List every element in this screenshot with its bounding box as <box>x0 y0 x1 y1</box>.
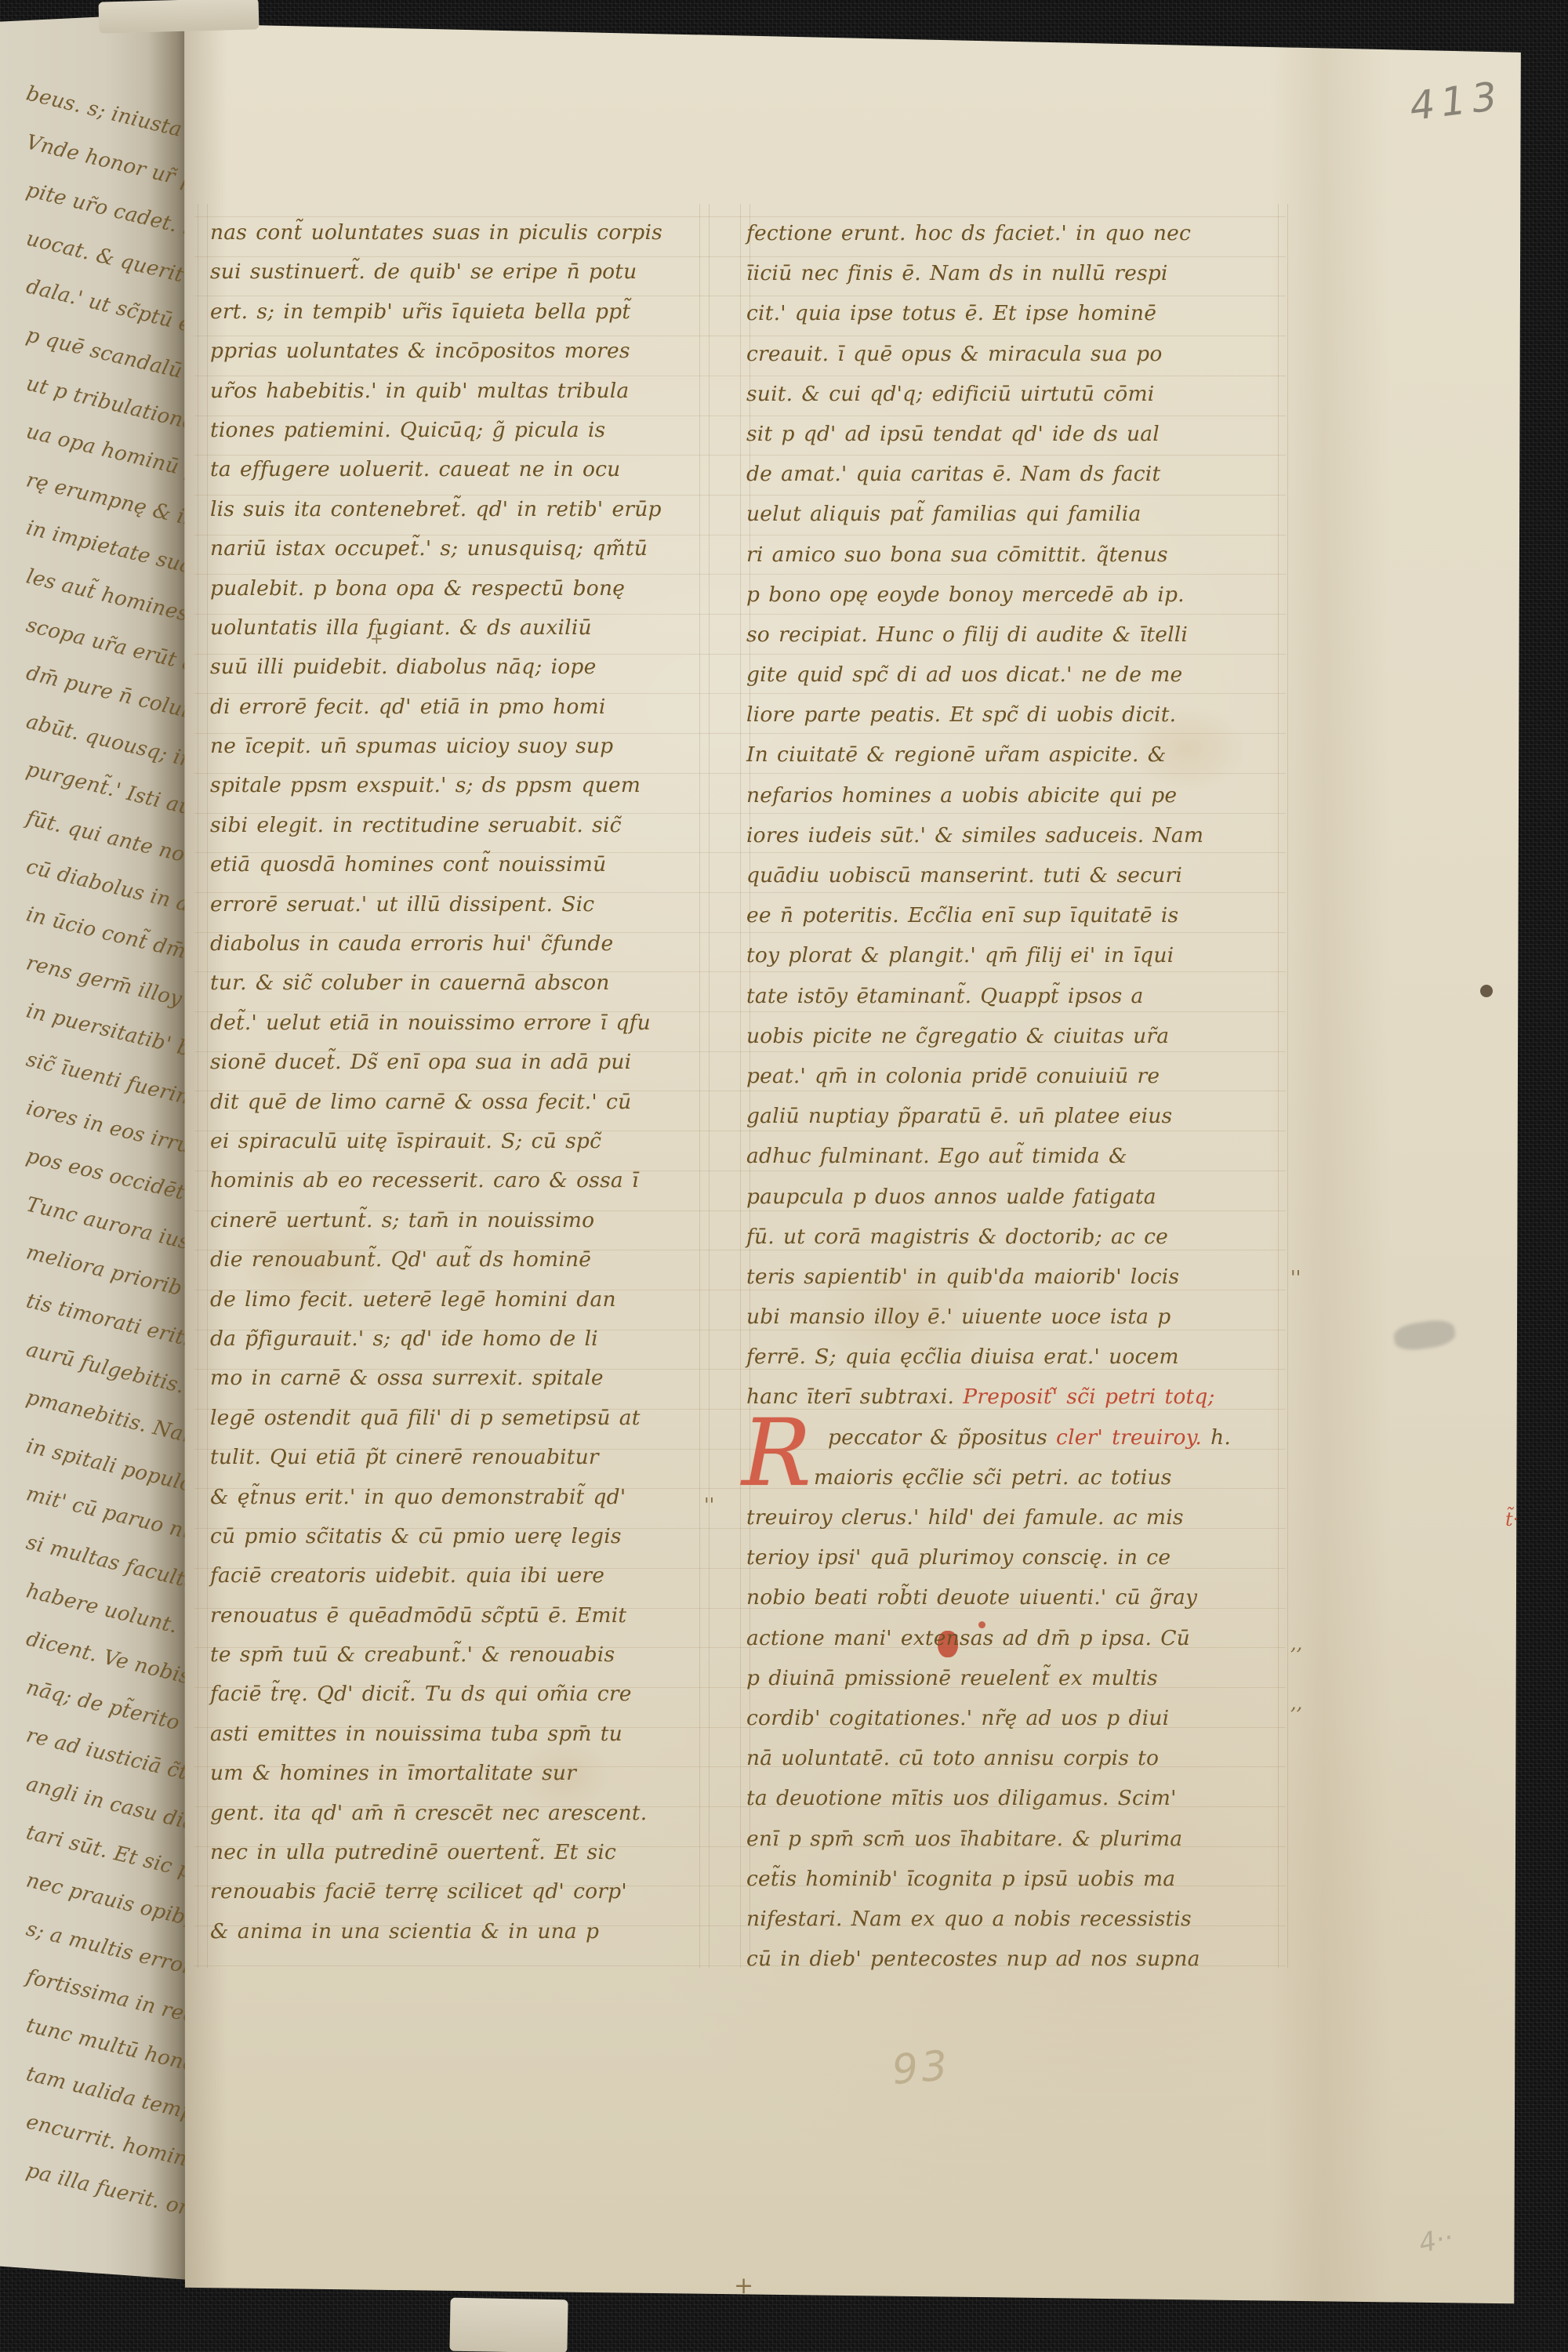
text-line: treuiroy clerus.' hild' dei famule. ac m… <box>746 1497 1295 1537</box>
ink-text: da p̃figurauit.' s; qd' ide homo de li <box>210 1327 598 1351</box>
binding-tab-top <box>99 0 260 34</box>
ink-text: tur. & sic̃ coluber in cauernā abscon <box>210 971 610 995</box>
text-line: gite quid spc̃ di ad uos dicat.' ne de m… <box>746 655 1295 695</box>
red-margin-mark: t̃· <box>1505 1508 1519 1530</box>
text-line: pprias uoluntates & incōpositos mores <box>210 332 718 371</box>
text-line: cū pmio sc̃itatis & cū pmio uerę legis <box>210 1517 718 1556</box>
text-line: renouabis faciē terrę scilicet qd' corp' <box>210 1872 718 1911</box>
ink-text: det̃.' uelut etiā in nouissimo errore ī … <box>210 1011 651 1035</box>
ink-text: h. <box>1202 1425 1231 1450</box>
text-line: creauit. ī quē opus & miracula sua po <box>746 334 1295 374</box>
text-line: etiā quosdā homines cont̃ nouissimū <box>210 845 718 884</box>
text-line: di errorē fecit. qd' etiā in pmo homi <box>210 688 718 727</box>
text-line: faciē creatoris uidebit. quia ibi uere <box>210 1556 718 1595</box>
ruling-line-vertical <box>198 204 198 1968</box>
text-line: nifestari. Nam ex quo a nobis recessisti… <box>746 1899 1295 1939</box>
text-line: tate istōy ētaminant̃. Quappt̃ ipsos a <box>746 976 1295 1016</box>
ink-text: creauit. ī quē opus & miracula sua po <box>746 342 1162 366</box>
text-line: nariū istax occupet̃.' s; unusquisq; qm̃… <box>210 529 718 568</box>
text-line: mo in carnē & ossa surrexit. spitale <box>210 1359 718 1398</box>
manuscript-photo: beus. s; iniusta opa abs̃Vnde honor ur̃ … <box>0 0 1568 2352</box>
text-line: In ciuitatē & regionē ur̃am aspicite. & <box>746 735 1295 775</box>
ink-text: te spm̄ tuū & creabunt̃.' & renouabis <box>210 1642 615 1667</box>
text-line: cet̃is hominib' īcognita p ipsū uobis ma <box>746 1859 1295 1899</box>
text-line: īiciū nec finis ē. Nam ds in nullū respi <box>746 253 1295 293</box>
text-line: sit p qd' ad ipsū tendat qd' ide ds ual <box>746 414 1295 454</box>
text-line: diabolus in cauda erroris hui' c̃funde <box>210 924 718 964</box>
text-line: uobis picite ne c̃gregatio & ciuitas ur̃… <box>746 1016 1295 1056</box>
text-line: nas cont̃ uoluntates suas in piculis cor… <box>210 213 718 252</box>
text-line: sui sustinuert̃. de quib' se eripe n̄ po… <box>210 252 718 292</box>
ink-text: enī p spm̄ scm̄ uos īhabitare. & plurima <box>746 1827 1182 1851</box>
text-line: ta deuotione mītis uos diligamus. Scim' <box>746 1778 1295 1818</box>
text-line: ur̃os habebitis.' in quib' multas tribul… <box>210 372 718 411</box>
ink-text: peat.' qm̄ in colonia pridē conuiuiū re <box>746 1064 1160 1088</box>
text-line: p bono opę eoyde bonoy mercedē ab ip. <box>746 575 1295 615</box>
ink-text: spitale ppsm exspuit.' s; ds ppsm quem <box>210 773 641 797</box>
text-line: ee n̄ poteritis. Ecc̃lia enī sup īquitat… <box>746 895 1295 935</box>
ink-text: so recipiat. Hunc o filij di audite & īt… <box>746 622 1188 647</box>
text-line: det̃.' uelut etiā in nouissimo errore ī … <box>210 1004 718 1043</box>
ink-text: nariū istax occupet̃.' s; unusquisq; qm̃… <box>210 536 648 561</box>
binding-tab-bottom <box>449 2298 568 2352</box>
ink-text: adhuc fulminant. Ego aut̃ timida & <box>746 1144 1127 1168</box>
ink-text: sionē ducet̃. Ds̃ enī opa sua in adā pui <box>210 1050 631 1074</box>
text-line: ferrē. S; quia ęcc̃lia diuisa erat.' uoc… <box>746 1337 1295 1377</box>
text-line: ri amico suo bona sua cōmittit. q̃tenus <box>746 535 1295 575</box>
ink-text: sui sustinuert̃. de quib' se eripe n̄ po… <box>210 260 637 284</box>
text-line: die renouabunt̃. Qd' aut̃ ds hominē <box>210 1240 718 1279</box>
ink-text: sibi elegit. in rectitudine seruabit. si… <box>210 813 622 837</box>
ink-text: tiones patiemini. Quicūq; g̃ picula is <box>210 418 605 442</box>
ink-text: etiā quosdā homines cont̃ nouissimū <box>210 852 606 877</box>
ink-text: treuiroy clerus.' hild' dei famule. ac m… <box>746 1505 1184 1530</box>
ink-text: toy plorat & plangit.' qm̄ filij ei' in … <box>746 943 1174 967</box>
text-line: renouatus ē quēadmōdū sc̃ptū ē. Emit <box>210 1596 718 1635</box>
text-line: quādiu uobiscū manserint. tuti & securi <box>746 855 1295 895</box>
ink-text: terioy ipsi' quā plurimoy conscię. in ce <box>746 1545 1171 1570</box>
ink-text: tate istōy ētaminant̃. Quappt̃ ipsos a <box>746 984 1144 1008</box>
ink-text: fectione erunt. hoc ds faciet.' in quo n… <box>746 221 1191 245</box>
ink-text: mo in carnē & ossa surrexit. spitale <box>210 1366 604 1390</box>
ink-text: nā uoluntatē. cū toto annisu corpis to <box>746 1746 1159 1770</box>
ruling-line-vertical <box>740 204 741 1968</box>
text-line: tiones patiemini. Quicūq; g̃ picula is <box>210 411 718 450</box>
text-line: suit. & cui qd'q; edificiū uirtutū cōmi <box>746 374 1295 414</box>
ink-text: dit quē de limo carnē & ossa fecit.' cū <box>210 1090 631 1114</box>
ink-text: maioris ęcc̃lie sc̃i petri. ac totius <box>814 1465 1172 1490</box>
text-line: so recipiat. Hunc o filij di audite & īt… <box>746 615 1295 655</box>
text-line: ta effugere uoluerit. caueat ne in ocu <box>210 450 718 489</box>
text-line: liore parte peatis. Et spc̃ di uobis dic… <box>746 695 1295 735</box>
ink-text: pualebit. p bona opa & respectū bonę <box>210 576 625 601</box>
text-line: gent. ita qd' am̄ n̄ crescēt nec arescen… <box>210 1794 718 1833</box>
ink-text: ur̃os habebitis.' in quib' multas tribul… <box>210 379 629 403</box>
rubric-text: cler' treuiroy. <box>1056 1425 1202 1450</box>
text-line: asti emittes in nouissima tuba spm̄ tu <box>210 1715 718 1754</box>
ink-text: di errorē fecit. qd' etiā in pmo homi <box>210 695 606 719</box>
ink-text: actione mani' extensas ad dm̄ p ipsa. Cū <box>746 1626 1190 1650</box>
text-line: de amat.' quia caritas ē. Nam ds facit <box>746 454 1295 494</box>
text-line: maioris ęcc̃lie sc̃i petri. ac totius <box>746 1457 1295 1497</box>
text-line: errorē seruat.' ut illū dissipent. Sic <box>210 885 718 924</box>
insertion-mark: ,, <box>1290 1692 1302 1714</box>
ink-text: paupcula p duos annos ualde fatigata <box>746 1185 1156 1209</box>
ink-text: ert. s; in tempib' ur̃is īquieta bella p… <box>210 299 630 324</box>
text-line: tur. & sic̃ coluber in cauernā abscon <box>210 964 718 1003</box>
text-line: peccator & p̃positus cler' treuiroy. h. <box>746 1417 1295 1457</box>
ink-text: fū. ut corā magistris & doctorib; ac ce <box>746 1225 1168 1249</box>
text-line: terioy ipsi' quā plurimoy conscię. in ce <box>746 1537 1295 1577</box>
ink-text: renouabis faciē terrę scilicet qd' corp' <box>210 1879 627 1904</box>
ink-text: die renouabunt̃. Qd' aut̃ ds hominē <box>210 1247 591 1272</box>
ink-text: uelut aliquis pat̃ familias qui familia <box>746 502 1141 526</box>
text-line: ne īcepit. un̄ spumas uicioy suoy sup <box>210 727 718 766</box>
ink-text: ri amico suo bona sua cōmittit. q̃tenus <box>746 543 1168 567</box>
text-line: & anima in una scientia & in una p <box>210 1912 718 1951</box>
rubric-text: Preposit'̃ sc̃i petri totq; <box>963 1385 1214 1409</box>
text-line: ei spiraculū uitę īspirauit. S; cū spc̃ <box>210 1122 718 1161</box>
margin-fragment-line: pa illa fuerit. omib; <box>24 2158 190 2229</box>
previous-folio-margin-text: beus. s; iniusta opa abs̃Vnde honor ur̃ … <box>0 13 190 2280</box>
text-line: fū. ut corā magistris & doctorib; ac ce <box>746 1217 1295 1257</box>
text-line: ubi mansio illoy ē.' uiuente uoce ista p <box>746 1297 1295 1337</box>
ruling-line-vertical <box>207 204 208 1968</box>
text-line: spitale ppsm exspuit.' s; ds ppsm quem <box>210 766 718 805</box>
ink-text: p bono opę eoyde bonoy mercedē ab ip. <box>746 583 1185 607</box>
ink-text: pprias uoluntates & incōpositos mores <box>210 339 630 363</box>
ink-text: cū pmio sc̃itatis & cū pmio uerę legis <box>210 1524 622 1548</box>
text-line: cinerē uertunt̃. s; tam̄ in nouissimo <box>210 1201 718 1240</box>
ink-text: suū illi puidebit. diabolus nāq; iope <box>210 655 596 679</box>
text-line: hominis ab eo recesserit. caro & ossa ī <box>210 1161 718 1200</box>
ink-text: ta effugere uoluerit. caueat ne in ocu <box>210 457 620 481</box>
insertion-mark: ,, <box>1290 1632 1302 1654</box>
text-line: da p̃figurauit.' s; qd' ide homo de li <box>210 1319 718 1359</box>
ink-text: ta deuotione mītis uos diligamus. Scim' <box>746 1786 1177 1810</box>
text-line: peat.' qm̄ in colonia pridē conuiuiū re <box>746 1056 1295 1096</box>
ink-text: & ęt̃nus erit.' in quo demonstrabit̃ qd' <box>210 1485 626 1509</box>
text-line: nā uoluntatē. cū toto annisu corpis to <box>746 1738 1295 1778</box>
text-line: sibi elegit. in rectitudine seruabit. si… <box>210 806 718 845</box>
ink-text: legē ostendit quā fili' di p semetipsū a… <box>210 1406 641 1430</box>
text-line: iores iudeis sūt.' & similes saduceis. N… <box>746 815 1295 855</box>
insertion-mark: '' <box>1290 1267 1301 1289</box>
ink-text: p diuinā pmissionē reuelent̃ ex multis <box>746 1666 1158 1690</box>
text-line: faciē t̃rę. Qd' dicit̃. Tu ds qui om̃ia … <box>210 1675 718 1714</box>
ink-text: gent. ita qd' am̄ n̄ crescēt nec arescen… <box>210 1801 647 1825</box>
text-line: toy plorat & plangit.' qm̄ filij ei' in … <box>746 935 1295 975</box>
text-line: legē ostendit quā fili' di p semetipsū a… <box>210 1399 718 1438</box>
ink-text: de limo fecit. ueterē legē homini dan <box>210 1287 616 1312</box>
ink-text: uobis picite ne c̃gregatio & ciuitas ur̃… <box>746 1024 1169 1048</box>
ink-text: renouatus ē quēadmōdū sc̃ptū ē. Emit <box>210 1603 626 1628</box>
ink-text: iores iudeis sūt.' & similes saduceis. N… <box>746 823 1203 848</box>
ink-text: ee n̄ poteritis. Ecc̃lia enī sup īquitat… <box>746 903 1178 927</box>
text-line: lis suis ita contenebret̃. qd' in retib'… <box>210 490 718 529</box>
ink-text: de amat.' quia caritas ē. Nam ds facit <box>746 462 1160 486</box>
text-line: tulit. Qui etiā p̃t cinerē renouabitur <box>210 1438 718 1477</box>
text-line: galiū nuptiay p̃paratū ē. un̄ platee eiu… <box>746 1096 1295 1136</box>
text-line: cū in dieb' pentecostes nup ad nos supna <box>746 1939 1295 1979</box>
ink-text: nec in ulla putredinē ouertent̃. Et sic <box>210 1840 616 1864</box>
ink-text: faciē t̃rę. Qd' dicit̃. Tu ds qui om̃ia … <box>210 1682 632 1706</box>
ink-text: asti emittes in nouissima tuba spm̄ tu <box>210 1722 622 1746</box>
ink-text: um & homines in īmortalitate sur <box>210 1761 576 1785</box>
insertion-mark: '' <box>704 1494 714 1516</box>
left-text-column: nas cont̃ uoluntates suas in piculis cor… <box>210 213 718 1951</box>
ink-text: diabolus in cauda erroris hui' c̃funde <box>210 931 613 956</box>
text-line: enī p spm̄ scm̄ uos īhabitare. & plurima <box>746 1819 1295 1859</box>
ink-text: errorē seruat.' ut illū dissipent. Sic <box>210 892 594 916</box>
text-line: p diuinā pmissionē reuelent̃ ex multis <box>746 1658 1295 1698</box>
ink-text: ferrē. S; quia ęcc̃lia diuisa erat.' uoc… <box>746 1345 1179 1369</box>
ink-text: suit. & cui qd'q; edificiū uirtutū cōmi <box>746 382 1154 406</box>
text-line: uelut aliquis pat̃ familias qui familia <box>746 494 1295 534</box>
text-line: actione mani' extensas ad dm̄ p ipsa. Cū <box>746 1618 1295 1658</box>
red-initial-letter: R <box>742 1410 811 1496</box>
ink-text: īiciū nec finis ē. Nam ds in nullū respi <box>746 261 1168 285</box>
ink-text: sit p qd' ad ipsū tendat qd' ide ds ual <box>746 422 1160 446</box>
ink-text: hominis ab eo recesserit. caro & ossa ī <box>210 1168 639 1192</box>
ink-text: ubi mansio illoy ē.' uiuente uoce ista p <box>746 1305 1171 1329</box>
ink-text: quādiu uobiscū manserint. tuti & securi <box>746 863 1182 887</box>
ink-text: ei spiraculū uitę īspirauit. S; cū spc̃ <box>210 1129 601 1153</box>
text-line: adhuc fulminant. Ego aut̃ timida & <box>746 1136 1295 1176</box>
text-line: dit quē de limo carnē & ossa fecit.' cū <box>210 1083 718 1122</box>
ink-text: uoluntatis illa fugiant. & ds auxiliū <box>210 615 592 640</box>
previous-folio-edge: beus. s; iniusta opa abs̃Vnde honor ur̃ … <box>0 13 190 2280</box>
text-line: pualebit. p bona opa & respectū bonę <box>210 569 718 608</box>
ink-text: cet̃is hominib' īcognita p ipsū uobis ma <box>746 1867 1175 1891</box>
ink-text: In ciuitatē & regionē ur̃am aspicite. & <box>746 742 1167 767</box>
text-line: de limo fecit. ueterē legē homini dan <box>210 1280 718 1319</box>
text-line: ert. s; in tempib' ur̃is īquieta bella p… <box>210 292 718 332</box>
ink-text: tulit. Qui etiā p̃t cinerē renouabitur <box>210 1445 599 1469</box>
text-line: paupcula p duos annos ualde fatigata <box>746 1177 1295 1217</box>
text-line: te spm̄ tuū & creabunt̃.' & renouabis <box>210 1635 718 1675</box>
bottom-cross-mark: + <box>734 2272 753 2299</box>
text-line: um & homines in īmortalitate sur <box>210 1754 718 1793</box>
ink-text: nifestari. Nam ex quo a nobis recessisti… <box>746 1907 1192 1931</box>
ink-text: teris sapientib' in quib'da maiorib' loc… <box>746 1265 1179 1289</box>
ink-text: nefarios homines a uobis abicite qui pe <box>746 783 1177 808</box>
ink-text: lis suis ita contenebret̃. qd' in retib'… <box>210 497 662 521</box>
correction-cross-mark: + <box>370 629 383 648</box>
ink-text: cordib' cogitationes.' nr̃ę ad uos p diu… <box>746 1706 1169 1730</box>
ink-text: faciē creatoris uidebit. quia ibi uere <box>210 1563 604 1588</box>
text-line: hanc īterī subtraxi. Preposit'̃ sc̃i pet… <box>746 1377 1295 1417</box>
ink-text: cinerē uertunt̃. s; tam̄ in nouissimo <box>210 1208 594 1232</box>
text-line: suū illi puidebit. diabolus nāq; iope <box>210 648 718 687</box>
ink-text: gite quid spc̃ di ad uos dicat.' ne de m… <box>746 662 1182 687</box>
text-line: cit.' quia ipse totus ē. Et ipse hominē <box>746 293 1295 333</box>
text-line: sionē ducet̃. Ds̃ enī opa sua in adā pui <box>210 1043 718 1082</box>
text-line: & ęt̃nus erit.' in quo demonstrabit̃ qd' <box>210 1478 718 1517</box>
ink-text: & anima in una scientia & in una p <box>210 1919 599 1944</box>
text-line: cordib' cogitationes.' nr̃ę ad uos p diu… <box>746 1698 1295 1738</box>
ink-text: galiū nuptiay p̃paratū ē. un̄ platee eiu… <box>746 1104 1172 1128</box>
text-line: nobio beati rob̃ti deuote uiuenti.' cū g… <box>746 1577 1295 1617</box>
text-line: uoluntatis illa fugiant. & ds auxiliū <box>210 608 718 648</box>
page-number-pencil: 93 <box>891 2042 953 2094</box>
ink-text: liore parte peatis. Et spc̃ di uobis dic… <box>746 702 1176 727</box>
ink-text: ne īcepit. un̄ spumas uicioy suoy sup <box>210 734 613 758</box>
text-line: fectione erunt. hoc ds faciet.' in quo n… <box>746 213 1295 253</box>
ink-text: cū in dieb' pentecostes nup ad nos supna <box>746 1947 1200 1971</box>
ink-text: nas cont̃ uoluntates suas in piculis cor… <box>210 220 662 245</box>
ink-text: peccator & p̃positus <box>828 1425 1056 1450</box>
ink-text: nobio beati rob̃ti deuote uiuenti.' cū g… <box>746 1585 1197 1610</box>
text-line: teris sapientib' in quib'da maiorib' loc… <box>746 1257 1295 1297</box>
right-text-column: fectione erunt. hoc ds faciet.' in quo n… <box>746 213 1295 1979</box>
text-line: nec in ulla putredinē ouertent̃. Et sic <box>210 1833 718 1872</box>
ink-text: cit.' quia ipse totus ē. Et ipse hominē <box>746 301 1156 325</box>
text-line: nefarios homines a uobis abicite qui pe <box>746 775 1295 815</box>
